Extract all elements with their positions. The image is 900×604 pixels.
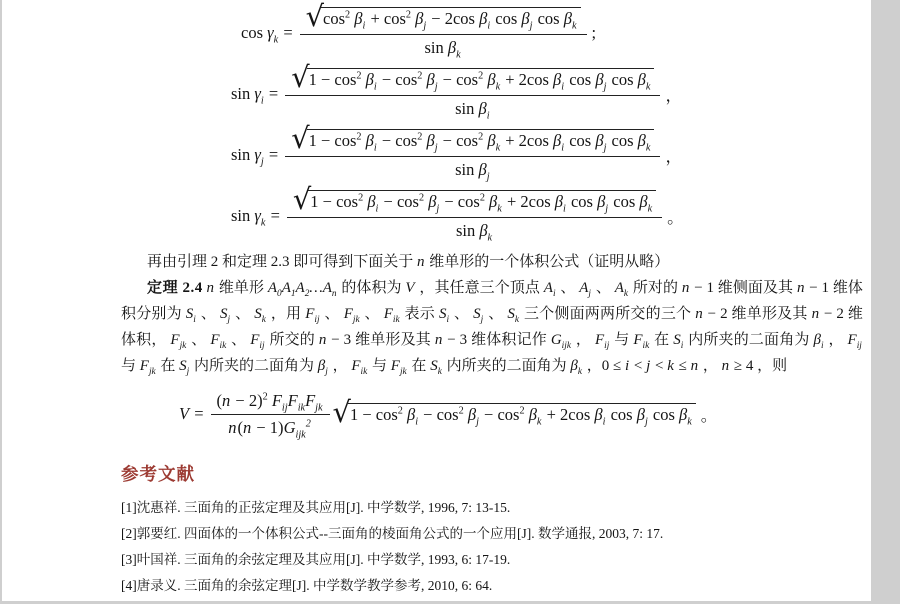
- equation-lhs: sin γj =: [231, 145, 278, 165]
- reference-item-4: [4]唐录义. 三面角的余弦定理[J]. 中学数学教学参考, 2010, 6: …: [121, 573, 863, 599]
- square-root: √ 1 − cos2 βi − cos2 βj − cos2 βk + 2cos…: [333, 403, 696, 425]
- fraction-numerator: √ 1 − cos2 βi − cos2 βj − cos2 βk + 2cos…: [287, 190, 662, 217]
- equation-punctuation: ，: [665, 143, 682, 167]
- reference-item-1: [1]沈惠祥. 三面角的正弦定理及其应用[J]. 中学数学, 1996, 7: …: [121, 495, 863, 521]
- fraction: √ cos2 βi + cos2 βj − 2cos βi cos βj cos…: [300, 7, 587, 58]
- equation-cos-gamma-k: cos γk = √ cos2 βi + cos2 βj − 2cos βi c…: [241, 2, 863, 63]
- equation-sin-gamma-j: sin γj = √ 1 − cos2 βi − cos2 βj − cos2 …: [231, 124, 863, 185]
- fraction-numerator: √ cos2 βi + cos2 βj − 2cos βi cos βj cos…: [300, 7, 587, 34]
- fraction-denominator: n(n − 1)Gijk2: [211, 414, 330, 438]
- equation-sin-gamma-k: sin γk = √ 1 − cos2 βi − cos2 βj − cos2 …: [231, 185, 863, 246]
- radicand: 1 − cos2 βi − cos2 βj − cos2 βk + 2cos β…: [308, 190, 656, 212]
- paragraph-theorem-2-4: 定理 2.4 n 维单形 A0A1A2…An 的体积为 V ，其任意三个顶点 A…: [121, 275, 863, 379]
- paragraph-lemma-note: 再由引理 2 和定理 2.3 即可得到下面关于 n 维单形的一个体积公式（证明从…: [121, 249, 863, 275]
- volume-formula: V = (n − 2)2 FijFikFjk n(n − 1)Gijk2 √ 1…: [179, 383, 863, 445]
- equation-sin-gamma-i: sin γi = √ 1 − cos2 βi − cos2 βj − cos2 …: [231, 63, 863, 124]
- document-page: cos γk = √ cos2 βi + cos2 βj − 2cos βi c…: [2, 0, 871, 601]
- equation-punctuation: 。: [701, 402, 718, 426]
- square-root: √ cos2 βi + cos2 βj − 2cos βi cos βj cos…: [306, 7, 581, 29]
- square-root: √ 1 − cos2 βi − cos2 βj − cos2 βk + 2cos…: [291, 129, 654, 151]
- references-heading: 参考文献: [121, 461, 863, 486]
- fraction-numerator: √ 1 − cos2 βi − cos2 βj − cos2 βk + 2cos…: [285, 68, 660, 95]
- reference-item-2: [2]郭要红. 四面体的一个体积公式--三面角的棱面角公式的一个应用[J]. 数…: [121, 521, 863, 547]
- fraction: √ 1 − cos2 βi − cos2 βj − cos2 βk + 2cos…: [285, 129, 660, 180]
- square-root: √ 1 − cos2 βi − cos2 βj − cos2 βk + 2cos…: [291, 68, 654, 90]
- fraction: (n − 2)2 FijFikFjk n(n − 1)Gijk2: [211, 391, 330, 438]
- fraction: √ 1 − cos2 βi − cos2 βj − cos2 βk + 2cos…: [285, 68, 660, 119]
- radicand: cos2 βi + cos2 βj − 2cos βi cos βj cos β…: [321, 7, 580, 29]
- references-list: [1]沈惠祥. 三面角的正弦定理及其应用[J]. 中学数学, 1996, 7: …: [121, 495, 863, 599]
- square-root: √ 1 − cos2 βi − cos2 βj − cos2 βk + 2cos…: [293, 190, 656, 212]
- radicand: 1 − cos2 βi − cos2 βj − cos2 βk + 2cos β…: [348, 403, 696, 425]
- page-content: cos γk = √ cos2 βi + cos2 βj − 2cos βi c…: [2, 0, 871, 599]
- fraction-numerator: √ 1 − cos2 βi − cos2 βj − cos2 βk + 2cos…: [285, 129, 660, 156]
- fraction-denominator: sin βk: [287, 217, 662, 241]
- equation-punctuation: 。: [667, 204, 684, 228]
- equation-lhs: cos γk =: [241, 23, 293, 43]
- equation-block: cos γk = √ cos2 βi + cos2 βj − 2cos βi c…: [121, 2, 863, 246]
- equation-lhs: sin γi =: [231, 84, 278, 104]
- radicand: 1 − cos2 βi − cos2 βj − cos2 βk + 2cos β…: [307, 68, 655, 90]
- theorem-body: n 维单形 A0A1A2…An 的体积为 V ，其任意三个顶点 Ai 、 Aj …: [121, 280, 863, 374]
- theorem-label: 定理 2.4: [147, 280, 203, 296]
- fraction-numerator: (n − 2)2 FijFikFjk: [211, 391, 330, 414]
- fraction-denominator: sin βj: [285, 156, 660, 180]
- fraction: √ 1 − cos2 βi − cos2 βj − cos2 βk + 2cos…: [287, 190, 662, 241]
- reference-item-3: [3]叶国祥. 三面角的余弦定理及其应用[J]. 中学数学, 1993, 6: …: [121, 547, 863, 573]
- equation-punctuation: ;: [592, 23, 597, 43]
- equation-punctuation: ，: [665, 82, 682, 106]
- equation-lhs: V =: [179, 404, 204, 424]
- fraction-denominator: sin βk: [300, 34, 587, 58]
- equation-lhs: sin γk =: [231, 206, 280, 226]
- fraction-denominator: sin βi: [285, 95, 660, 119]
- radicand: 1 − cos2 βi − cos2 βj − cos2 βk + 2cos β…: [307, 129, 655, 151]
